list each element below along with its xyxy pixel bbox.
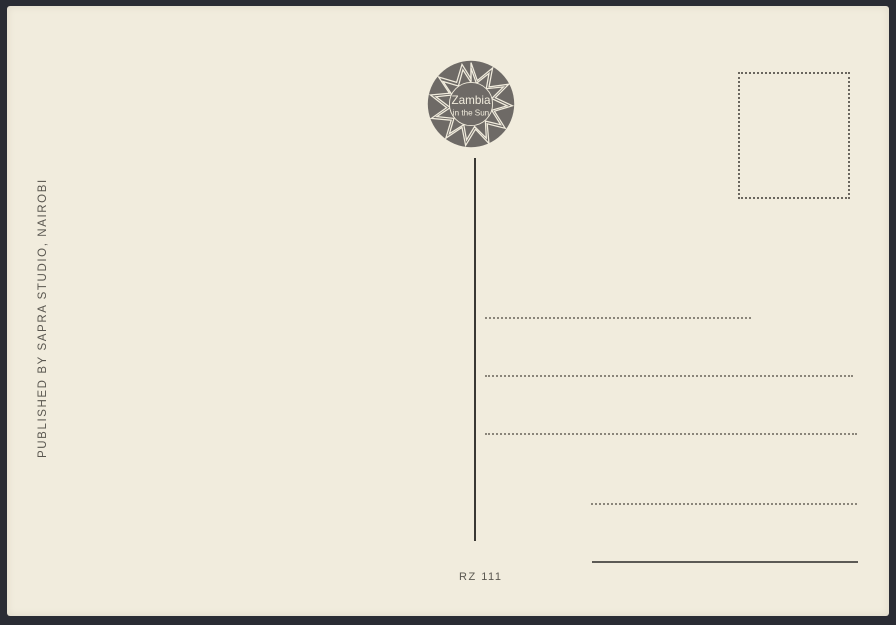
emblem-title: Zambia [452, 94, 491, 107]
address-line-3 [485, 433, 857, 435]
center-divider [474, 158, 476, 541]
stamp-box [738, 72, 850, 199]
address-underline [592, 561, 858, 563]
address-line-2 [485, 375, 853, 377]
postcard-back: PUBLISHED BY SAPRA STUDIO, NAIROBI Zambi… [7, 6, 889, 616]
address-line-1 [485, 317, 751, 319]
emblem-subtitle: in the Sun [453, 109, 489, 118]
address-line-4 [591, 503, 857, 505]
publisher-text: PUBLISHED BY SAPRA STUDIO, NAIROBI [37, 178, 49, 458]
card-code: RZ 111 [459, 571, 502, 583]
sun-emblem-icon: Zambia in the Sun [426, 59, 516, 149]
